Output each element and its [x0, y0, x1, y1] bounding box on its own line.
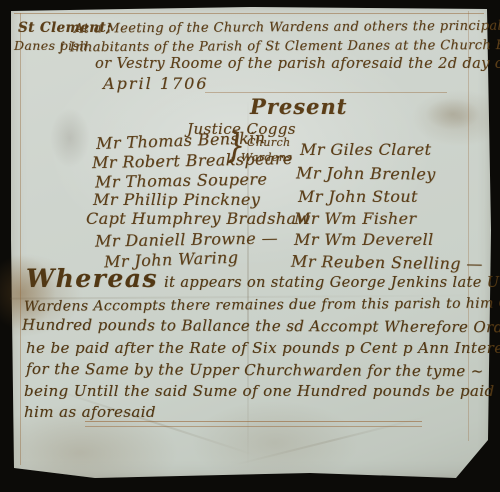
- order-line-3: Hundred pounds to Ballance the sd Accomp…: [22, 316, 500, 337]
- order-line-7: him as aforesaid: [24, 403, 156, 421]
- heading-line-2: ∫ Inhabitants of the Parish of St Clemen…: [58, 38, 500, 56]
- attendee-name: Mr Thomas Soupere: [95, 169, 268, 191]
- attendee-name: Mr Wm Fisher: [294, 209, 416, 228]
- order-line-6: being Untill the said Sume of one Hundre…: [24, 382, 494, 400]
- heading-date: April 1706: [103, 74, 208, 93]
- attendee-name: Mr John Stout: [298, 187, 418, 206]
- attendee-name: Mr John Brenley: [296, 163, 436, 183]
- heading-line-3: or Vestry Roome of the parish aforesaid …: [95, 56, 500, 72]
- attendee-name: Capt Humphrey Bradshaw: [86, 209, 311, 228]
- heading-line-1: At a Meeting of the Church Wardens and o…: [74, 18, 500, 36]
- order-line-5: for the Same by the Upper Churchwarden f…: [26, 360, 484, 380]
- present-title: Present: [250, 94, 347, 119]
- order-line-1: Whereasit appears on stating George Jenk…: [26, 264, 500, 293]
- attendee-name: Mr Wm Deverell: [294, 230, 434, 249]
- order-line-1-rest: it appears on stating George Jenkins lat…: [164, 275, 500, 291]
- attendee-name: Mr Daniell Browne —: [95, 228, 278, 250]
- attendee-name: Mr Giles Claret: [300, 140, 431, 159]
- attendee-name: Mr Phillip Pinckney: [93, 190, 260, 209]
- scan-background: St Clement; Danes pish At a Meeting of t…: [0, 0, 500, 492]
- wardens-label-top: Church: [247, 136, 291, 149]
- order-line-4: he be paid after the Rate of Six pounds …: [26, 339, 500, 357]
- order-line-2: Wardens Accompts there remaines due from…: [24, 295, 500, 315]
- order-opening-word: Whereas: [26, 264, 158, 293]
- wardens-label-bottom: Wardens: [241, 151, 292, 164]
